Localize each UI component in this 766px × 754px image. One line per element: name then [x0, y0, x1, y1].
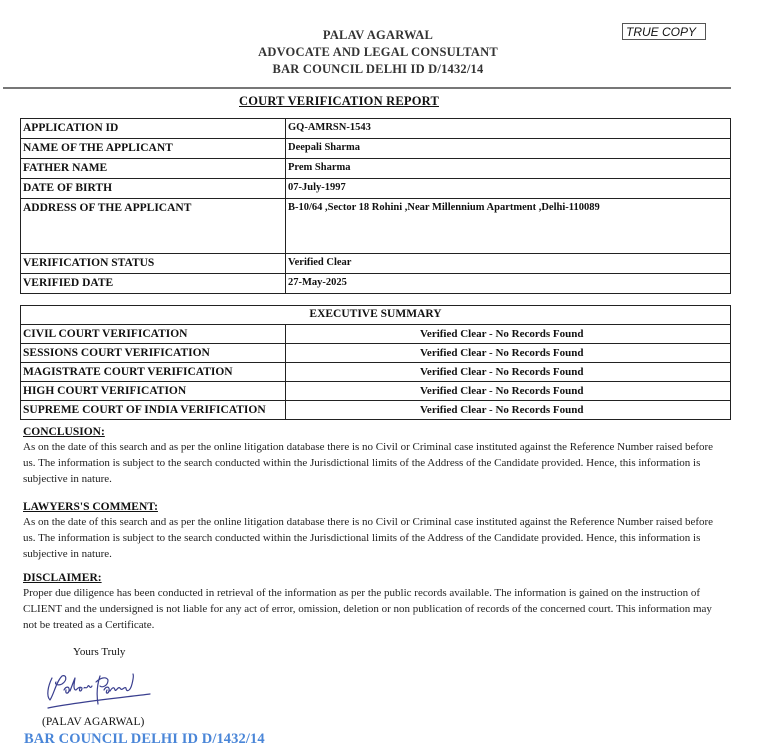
report-title: COURT VERIFICATION REPORT: [239, 94, 439, 109]
verified-date-value: 27-May-2025: [286, 274, 731, 294]
lawyers-comment-text: As on the date of this search and as per…: [23, 514, 723, 562]
court-result: Verified Clear - No Records Found: [286, 344, 731, 363]
table-row: SUPREME COURT OF INDIA VERIFICATION Veri…: [21, 401, 731, 420]
signer-bar-id: BAR COUNCIL DELHI ID D/1432/14: [24, 731, 265, 748]
table-row: ADDRESS OF THE APPLICANT B-10/64 ,Sector…: [21, 199, 731, 254]
lawyers-comment-heading: LAWYERS'S COMMENT:: [23, 500, 723, 514]
address-value: B-10/64 ,Sector 18 Rohini ,Near Millenni…: [286, 199, 731, 254]
table-row: HIGH COURT VERIFICATION Verified Clear -…: [21, 382, 731, 401]
table-row: VERIFICATION STATUS Verified Clear: [21, 254, 731, 274]
father-name-value: Prem Sharma: [286, 159, 731, 179]
advocate-designation: ADVOCATE AND LEGAL CONSULTANT: [0, 44, 766, 61]
table-header-row: EXECUTIVE SUMMARY: [21, 306, 731, 325]
applicant-name-value: Deepali Sharma: [286, 139, 731, 159]
conclusion-text: As on the date of this search and as per…: [23, 439, 723, 487]
court-label: CIVIL COURT VERIFICATION: [21, 325, 286, 344]
executive-summary-heading: EXECUTIVE SUMMARY: [21, 306, 731, 325]
disclaimer-section: DISCLAIMER: Proper due diligence has bee…: [23, 571, 723, 633]
date-of-birth-value: 07-July-1997: [286, 179, 731, 199]
field-label: ADDRESS OF THE APPLICANT: [21, 199, 286, 254]
court-label: SESSIONS COURT VERIFICATION: [21, 344, 286, 363]
table-row: DATE OF BIRTH 07-July-1997: [21, 179, 731, 199]
field-label: FATHER NAME: [21, 159, 286, 179]
executive-summary-table: EXECUTIVE SUMMARY CIVIL COURT VERIFICATI…: [20, 305, 731, 420]
field-label: APPLICATION ID: [21, 119, 286, 139]
table-row: SESSIONS COURT VERIFICATION Verified Cle…: [21, 344, 731, 363]
table-row: APPLICATION ID GQ-AMRSN-1543: [21, 119, 731, 139]
field-label: VERIFIED DATE: [21, 274, 286, 294]
signature-icon: [38, 664, 158, 714]
true-copy-stamp: TRUE COPY: [622, 23, 706, 40]
court-result: Verified Clear - No Records Found: [286, 363, 731, 382]
table-row: FATHER NAME Prem Sharma: [21, 159, 731, 179]
applicant-info-table: APPLICATION ID GQ-AMRSN-1543 NAME OF THE…: [20, 118, 731, 294]
court-result: Verified Clear - No Records Found: [286, 401, 731, 420]
verification-status-value: Verified Clear: [286, 254, 731, 274]
field-label: VERIFICATION STATUS: [21, 254, 286, 274]
field-label: NAME OF THE APPLICANT: [21, 139, 286, 159]
header-divider: [3, 87, 731, 89]
advocate-bar-id: BAR COUNCIL DELHI ID D/1432/14: [0, 61, 766, 78]
lawyers-comment-section: LAWYERS'S COMMENT: As on the date of thi…: [23, 500, 723, 562]
court-result: Verified Clear - No Records Found: [286, 382, 731, 401]
disclaimer-text: Proper due diligence has been conducted …: [23, 585, 723, 633]
application-id-value: GQ-AMRSN-1543: [286, 119, 731, 139]
court-label: HIGH COURT VERIFICATION: [21, 382, 286, 401]
court-result: Verified Clear - No Records Found: [286, 325, 731, 344]
table-row: NAME OF THE APPLICANT Deepali Sharma: [21, 139, 731, 159]
signer-name: (PALAV AGARWAL): [42, 716, 144, 728]
court-label: SUPREME COURT OF INDIA VERIFICATION: [21, 401, 286, 420]
conclusion-section: CONCLUSION: As on the date of this searc…: [23, 425, 723, 487]
table-row: CIVIL COURT VERIFICATION Verified Clear …: [21, 325, 731, 344]
conclusion-heading: CONCLUSION:: [23, 425, 723, 439]
table-row: MAGISTRATE COURT VERIFICATION Verified C…: [21, 363, 731, 382]
closing-salutation: Yours Truly: [73, 646, 125, 658]
field-label: DATE OF BIRTH: [21, 179, 286, 199]
disclaimer-heading: DISCLAIMER:: [23, 571, 723, 585]
court-label: MAGISTRATE COURT VERIFICATION: [21, 363, 286, 382]
table-row: VERIFIED DATE 27-May-2025: [21, 274, 731, 294]
